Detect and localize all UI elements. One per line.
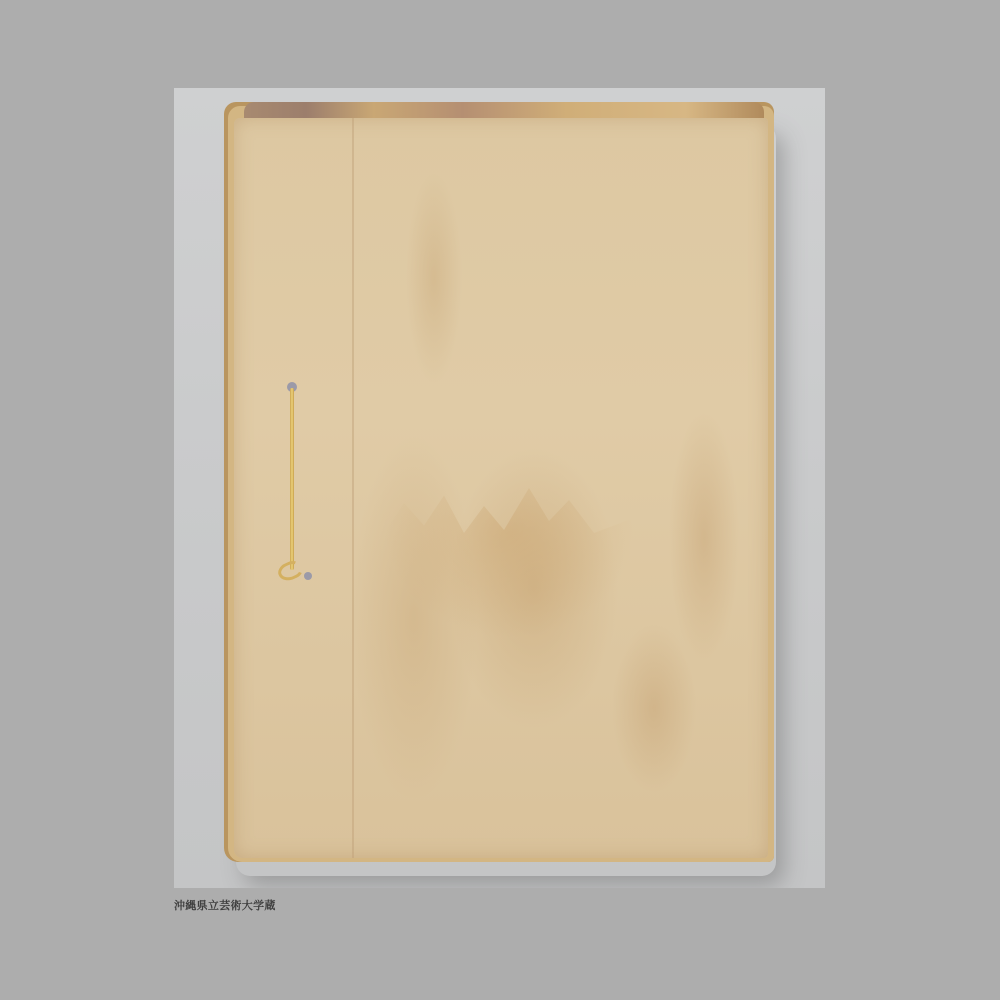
spine-fold-line	[352, 118, 354, 858]
artwork-photo	[174, 88, 825, 888]
binding-string	[290, 388, 294, 570]
binding-hole-bottom	[304, 572, 312, 580]
water-stain	[384, 488, 634, 638]
booklet-cover	[234, 118, 768, 858]
collection-credit-caption: 沖縄県立芸術大学蔵	[174, 897, 276, 913]
